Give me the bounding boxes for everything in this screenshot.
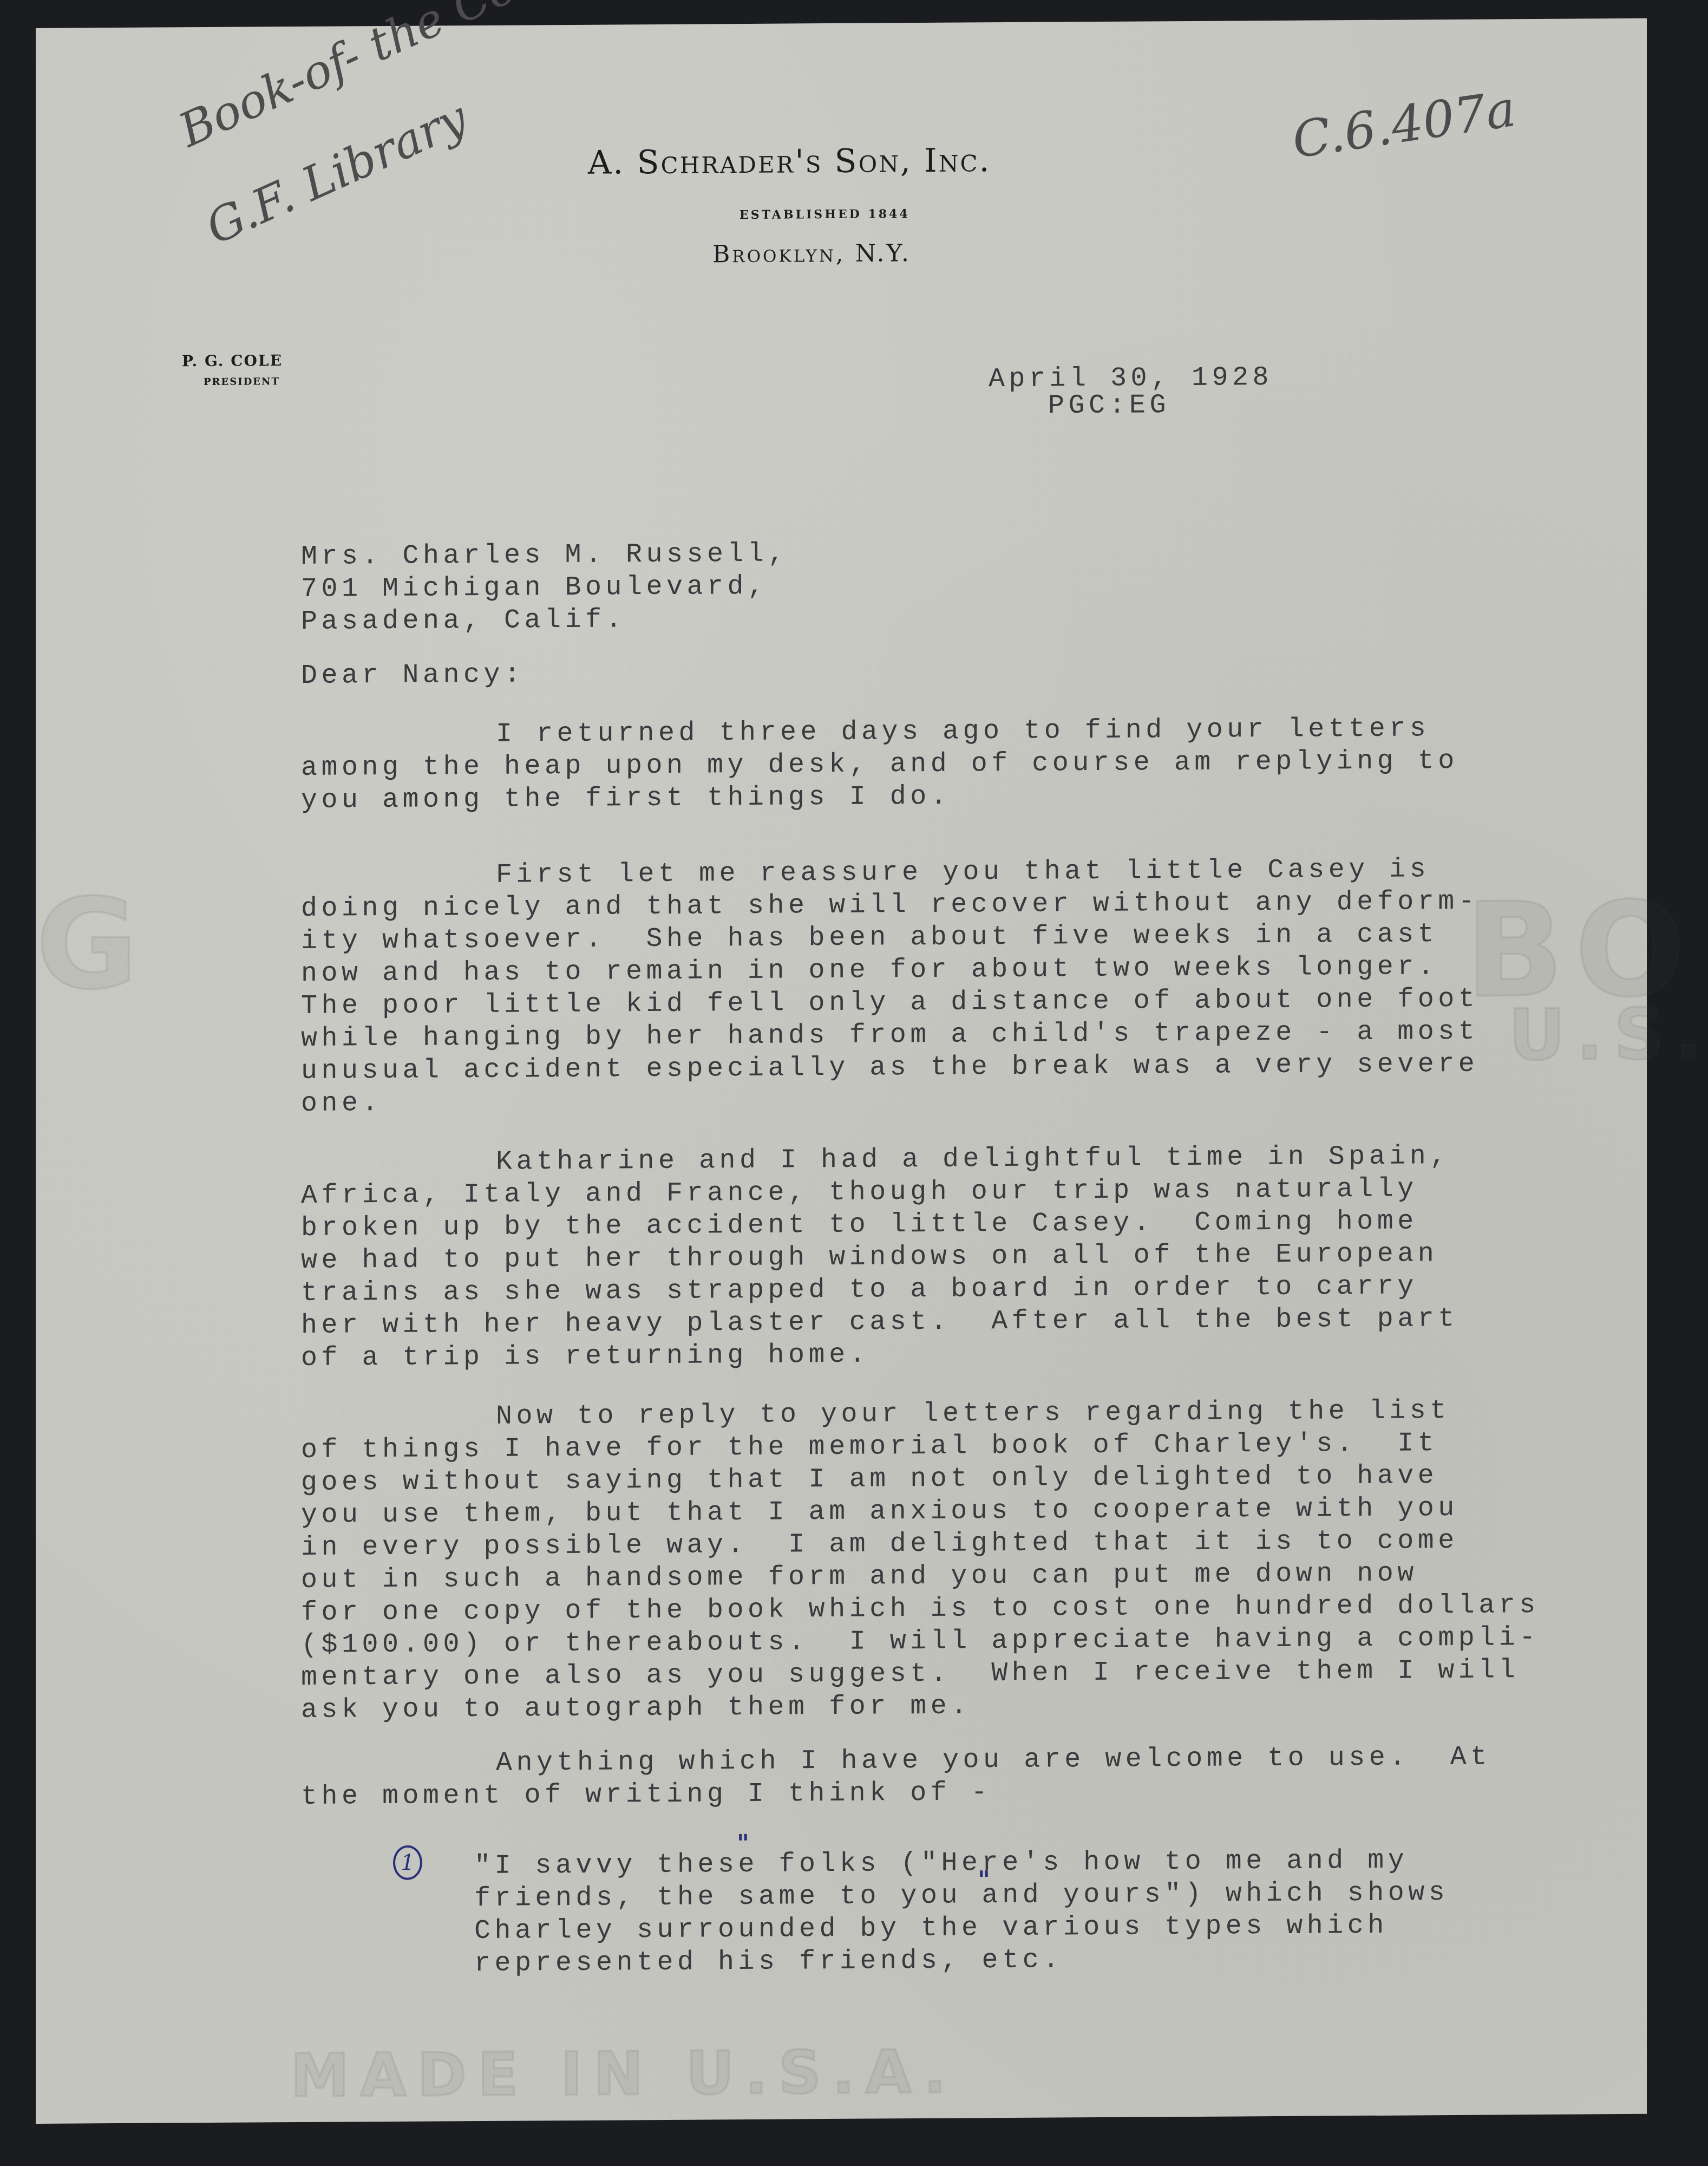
recipient-address: Mrs. Charles M. Russell, 701 Michigan Bo… [301,538,788,638]
letter-page: BO U.S.A. G MADE IN U.S.A. Book-of- the … [36,18,1647,2124]
body-line: the moment of writing I think of - [301,1774,1491,1813]
watermark-bottom: MADE IN U.S.A. [290,2037,957,2111]
paragraph-3: Katharine and I had a delightful time in… [301,1140,1458,1375]
paragraph-5: Anything which I have you are welcome to… [301,1741,1491,1813]
watermark-left: G [36,872,149,1017]
established-line: ESTABLISHED 1844 [740,207,910,222]
company-city: Brooklyn, N.Y. [712,239,911,268]
paragraph-2: First let me reassure you that little Ca… [301,853,1478,1120]
list-item-line: Charley surrounded by the various types … [474,1909,1449,1948]
item-number: 1 [401,1850,414,1875]
list-item-line: represented his friends, etc. [474,1942,1449,1980]
address-line: Pasadena, Calif. [301,603,788,638]
address-line: 701 Michigan Boulevard, [301,571,788,606]
officer-title: PRESIDENT [204,376,280,388]
paragraph-1: I returned three days ago to find your l… [301,713,1458,817]
body-line: ask you to autograph them for me. [301,1687,1540,1727]
paragraph-4: Now to reply to your letters regarding t… [301,1394,1540,1727]
body-line: of a trip is returning home. [301,1335,1458,1375]
salutation: Dear Nancy: [301,658,525,693]
body-line: you among the first things I do. [301,778,1458,817]
reference-initials: PGC:EG [1048,389,1170,422]
list-item-line: "I savvy these folks ("Here's how to me … [474,1844,1449,1883]
list-item-line: friends, the same to you and yours") whi… [474,1877,1449,1915]
circled-number-annotation: 1 [393,1845,422,1880]
address-line: Mrs. Charles M. Russell, [301,538,788,573]
list-item-1: "I savvy these folks ("Here's how to me … [474,1844,1449,1980]
watermark-right-usa: U.S.A. [1508,992,1708,1076]
officer-name: P. G. COLE [182,351,283,370]
company-name: A. Schrader's Son, Inc. [588,141,991,182]
catalog-number: C.6.407a [1289,80,1519,169]
